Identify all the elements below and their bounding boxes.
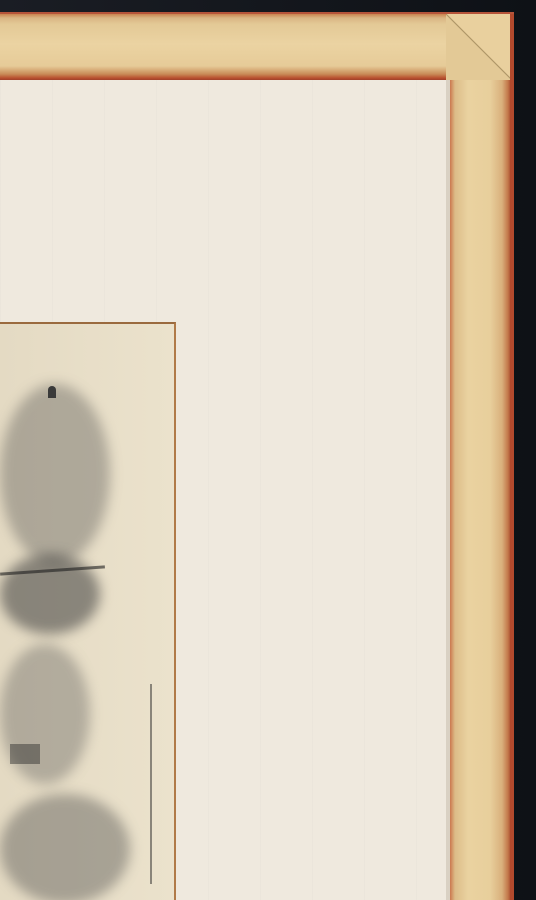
frame-outer-edge xyxy=(510,14,514,900)
artwork-paper xyxy=(0,324,174,900)
charcoal-shading xyxy=(0,384,110,564)
frame-right-rail xyxy=(446,14,512,900)
charcoal-mark xyxy=(48,386,56,398)
plate-edge-line xyxy=(150,684,152,884)
framed-artwork-photo xyxy=(0,0,536,900)
charcoal-shading xyxy=(0,794,130,900)
frame-top-rail xyxy=(0,14,510,80)
frame-miter-corner xyxy=(446,14,512,80)
mat-bevel xyxy=(446,80,450,900)
charcoal-window xyxy=(10,744,40,764)
artwork xyxy=(0,322,176,900)
